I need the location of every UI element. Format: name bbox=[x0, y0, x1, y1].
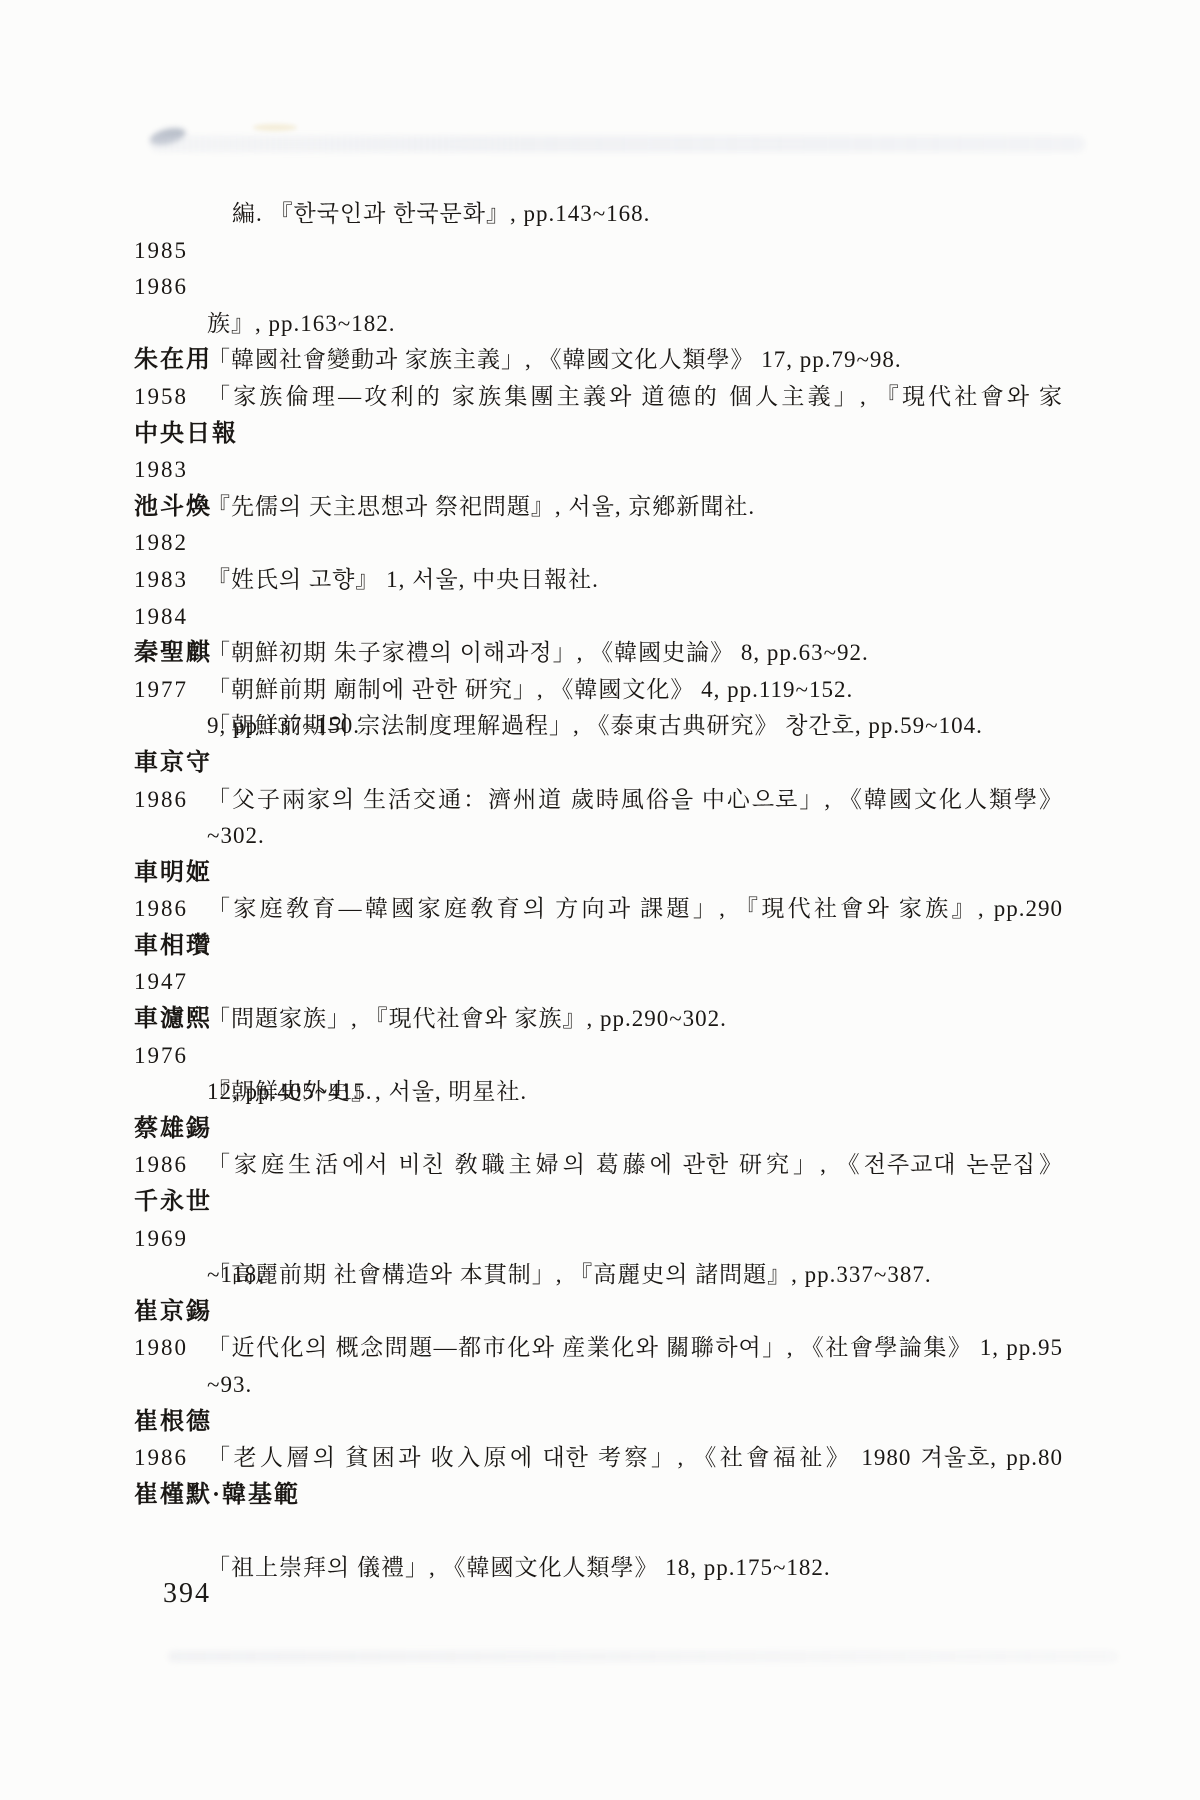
bib-entry: 1983 『姓氏의 고향』 1, 서울, 中央日報社. bbox=[134, 452, 1063, 489]
bib-entry-year: 1986 bbox=[134, 1147, 188, 1184]
bib-entry-year: 1986 bbox=[134, 891, 188, 928]
bib-entry-year: 1986 bbox=[134, 1440, 188, 1477]
bib-entry-year: 1985 bbox=[134, 233, 188, 270]
bib-entry-year: 1977 bbox=[134, 672, 188, 709]
bib-entry-year: 1958 bbox=[134, 379, 188, 416]
bib-entry: 1947 『朝鮮史外史』, 서울, 明星社. bbox=[134, 964, 1063, 1001]
bib-entry-year: 1947 bbox=[134, 964, 188, 1001]
bib-entry-year: 1980 bbox=[134, 1330, 188, 1367]
bib-entry: 1984 「朝鮮前期의 宗法制度理解過程」, 《泰東古典研究》 창간호, pp.… bbox=[134, 599, 1063, 636]
bib-entry-year: 1983 bbox=[134, 452, 188, 489]
bib-entry: 1977 「父子兩家의 生活交通：濟州道 歲時風俗을 中心으로」, 《韓國文化人… bbox=[134, 672, 1063, 709]
bib-entry: 1976 「家庭生活에서 비친 敎職主婦의 葛藤에 관한 研究」, 《전주교대 … bbox=[134, 1038, 1063, 1075]
bib-entry-year: 1986 bbox=[134, 269, 188, 306]
bib-entry: 1969 「近代化의 概念問題—都市化와 産業化와 關聯하여」, 《社會學論集》… bbox=[134, 1221, 1063, 1258]
bib-entry: 1980 「老人層의 貧困과 收入原에 대한 考察」, 《社會福祉》 1980 … bbox=[134, 1330, 1063, 1367]
scan-shadow-band-top bbox=[150, 136, 1085, 152]
bib-entry-year: 1986 bbox=[134, 782, 188, 819]
bib-entry: 1986 「家庭敎育—韓國家庭敎育의 方向과 課題」, 『現代社會와 家族』, … bbox=[134, 782, 1063, 819]
bib-entry-year: 1976 bbox=[134, 1038, 188, 1075]
bib-continuation-line: 編. 『한국인과 한국문화』, pp.143~168. bbox=[134, 196, 1063, 233]
bib-entry: 1986 「問題家族」, 『現代社會와 家族』, pp.290~302. bbox=[134, 891, 1063, 928]
bib-entry-year: 1982 bbox=[134, 525, 188, 562]
bib-entry: 1983 「朝鮮前期 廟制에 관한 研究」, 《韓國文化》 4, pp.119~… bbox=[134, 562, 1063, 599]
page-number: 394 bbox=[163, 1577, 211, 1611]
bibliography-page-content: 編. 『한국인과 한국문화』, pp.143~168. 1985 「韓國社會變動… bbox=[134, 196, 1063, 1513]
bib-entry-year: 1969 bbox=[134, 1221, 188, 1258]
bib-entry: 1986 「家族倫理—攻利的 家族集團主義와 道德的 個人主義」, 『現代社會와… bbox=[134, 269, 1063, 306]
bib-entry: 1958 『先儒의 天主思想과 祭祀問題』, 서울, 京鄕新聞社. bbox=[134, 379, 1063, 416]
bib-entry-text: 「祖上崇拜의 儀禮」, 《韓國文化人類學》 18, pp.175~182. bbox=[207, 1550, 1063, 1587]
scan-yellow-mark bbox=[253, 124, 297, 131]
bib-entry: 1982 「朝鮮初期 朱子家禮의 이해과정」, 《韓國史論》 8, pp.63~… bbox=[134, 525, 1063, 562]
bib-continuation-text: 編. 『한국인과 한국문화』, pp.143~168. bbox=[232, 201, 650, 226]
bib-entry: 1986 「高麗前期 社會構造와 本貫制」, 『高麗史의 諸問題』, pp.33… bbox=[134, 1147, 1063, 1184]
bib-entry-year: 1983 bbox=[134, 562, 188, 599]
bib-entry: 1985 「韓國社會變動과 家族主義」, 《韓國文化人類學》 17, pp.79… bbox=[134, 233, 1063, 270]
bib-entry-year: 1984 bbox=[134, 599, 188, 636]
bib-entry: 1986 「祖上崇拜의 儀禮」, 《韓國文化人類學》 18, pp.175~18… bbox=[134, 1440, 1063, 1477]
